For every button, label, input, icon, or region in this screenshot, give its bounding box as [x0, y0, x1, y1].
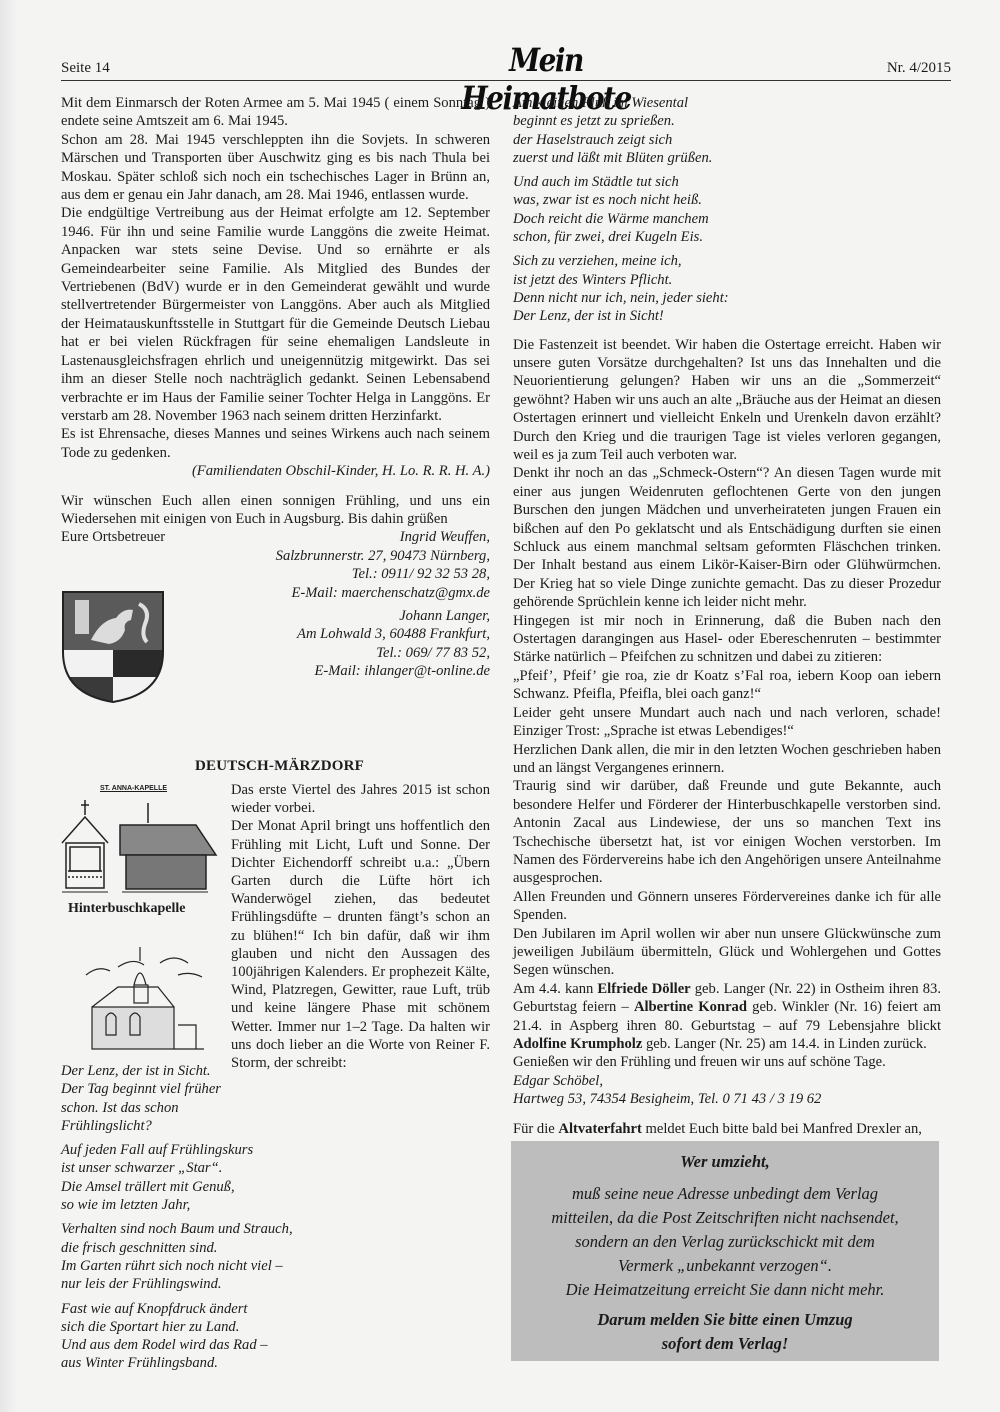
paragraph: „Pfeif’, Pfeif’ gie roa, zie dr Koatz s’… — [513, 667, 941, 704]
poem-stanza: Und auch im Städtle tut sich was, zwar i… — [513, 173, 941, 246]
poem-line: Der Tag beginnt viel früher — [61, 1080, 361, 1098]
poem-spring: Am kleinen Fluß im Wiesental beginnt es … — [513, 94, 941, 326]
poem-line: Der Lenz, der ist in Sicht! — [513, 307, 941, 325]
poem-line: sich die Sportart hier zu Land. — [61, 1318, 361, 1336]
paragraph: Der Monat April bringt uns hoffentlich d… — [231, 817, 490, 1072]
page-edge-shadow — [0, 0, 18, 1412]
paragraph: Hingegen ist mir noch in Erinnerung, daß… — [513, 612, 941, 667]
signature-name: Edgar Schöbel, — [513, 1072, 941, 1090]
notice-footer: Darum melden Sie bitte einen Umzug sofor… — [511, 1308, 939, 1356]
poem-line: Am kleinen Fluß im Wiesental — [513, 94, 941, 112]
paragraph: Denkt ihr noch an das „Schmeck-Ostern“? … — [513, 464, 941, 611]
poem-line: nur leis der Frühlingswind. — [61, 1275, 361, 1293]
greeting: Wir wünschen Euch allen einen sonnigen F… — [61, 492, 490, 529]
paragraph: Herzlichen Dank allen, die mir in den le… — [513, 741, 941, 778]
paragraph: Das erste Viertel des Jahres 2015 ist sc… — [231, 781, 490, 817]
poem-stanza: Fast wie auf Knopfdruck ändert sich die … — [61, 1300, 361, 1373]
notice-line: muß seine neue Adresse unbedingt dem Ver… — [511, 1182, 939, 1206]
poem-stanza: Verhalten sind noch Baum und Strauch, di… — [61, 1220, 361, 1293]
poem-line: Und aus dem Rodel wird das Rad – — [61, 1336, 361, 1354]
poem-line: schon, für zwei, drei Kugeln Eis. — [513, 228, 941, 246]
deutsch-maerzdorf-text: Das erste Viertel des Jahres 2015 ist sc… — [231, 781, 490, 1072]
text: Am 4.4. kann — [513, 981, 597, 997]
header-rule — [61, 80, 951, 81]
poem-line: der Haselstrauch zeigt sich — [513, 131, 941, 149]
paragraph: Mit dem Einmarsch der Roten Armee am 5. … — [61, 94, 490, 131]
poem-stanza: Sich zu verziehen, meine ich, ist jetzt … — [513, 252, 941, 325]
coat-of-arms-icon — [61, 590, 165, 704]
paragraph: Traurig sind wir darüber, daß Freunde un… — [513, 777, 941, 887]
poem-line: die frisch geschnitten sind. — [61, 1239, 361, 1257]
page-header: Seite 14 Mein Heimatbote Nr. 4/2015 — [61, 58, 951, 80]
poem-line: Sich zu verziehen, meine ich, — [513, 252, 941, 270]
notice-line: Darum melden Sie bitte einen Umzug — [511, 1308, 939, 1332]
notice-line: Die Heimatzeitung erreicht Sie dann nich… — [511, 1278, 939, 1302]
chapel-drawing-icon — [58, 795, 228, 895]
altvater-highlight: Altvaterfahrt — [558, 1121, 641, 1137]
contact-address: Salzbrunnerstr. 27, 90473 Nürnberg, — [61, 547, 490, 565]
poem-line: aus Winter Frühlingsband. — [61, 1354, 361, 1372]
birthday-paragraph: Am 4.4. kann Elfriede Döller geb. Langer… — [513, 980, 941, 1054]
poem-stanza: Der Lenz, der ist in Sicht. Der Tag begi… — [61, 1062, 361, 1135]
poem-line: Denn nicht nur ich, nein, jeder sieht: — [513, 289, 941, 307]
poem-line: Der Lenz, der ist in Sicht. — [61, 1062, 361, 1080]
text: geb. Langer (Nr. 25) am 14.4. in Linden … — [642, 1036, 927, 1052]
poem-line: Frühlingslicht? — [61, 1117, 361, 1135]
jubilar-name: Elfriede Döller — [597, 981, 690, 997]
poem-line: was, zwar ist es noch nicht heiß. — [513, 191, 941, 209]
illustration-caption: Hinterbuschkapelle — [68, 901, 185, 917]
poem-stanza: Auf jeden Fall auf Frühlingskurs ist uns… — [61, 1141, 361, 1214]
paragraph: Leider geht unsere Mundart auch nach und… — [513, 704, 941, 741]
illustration-label: ST. ANNA-KAPELLE — [100, 785, 167, 792]
poem-line: Doch reicht die Wärme manchem — [513, 210, 941, 228]
issue-number: Nr. 4/2015 — [887, 60, 951, 77]
notice-line: sondern an den Verlag zurückschickt mit … — [511, 1230, 939, 1254]
jubilar-name: Albertine Konrad — [634, 999, 747, 1015]
page-number: Seite 14 — [61, 60, 110, 77]
notice-line: mitteilen, da die Post Zeitschriften nic… — [511, 1206, 939, 1230]
poem-line: so wie im letzten Jahr, — [61, 1196, 361, 1214]
signature-address: Hartweg 53, 74354 Besigheim, Tel. 0 71 4… — [513, 1090, 941, 1108]
source-note: (Familiendaten Obschil-Kinder, H. Lo. R.… — [61, 462, 490, 480]
poem-line: ist jetzt des Winters Pflicht. — [513, 271, 941, 289]
chapel-illustration: ST. ANNA-KAPELLE Hinterbuschkapelle — [58, 785, 228, 1055]
right-column: Am kleinen Fluß im Wiesental beginnt es … — [513, 94, 941, 1156]
hinterbusch-chapel-sketch-icon — [78, 945, 208, 1055]
moving-notice-box: Wer umzieht, muß seine neue Adresse unbe… — [511, 1141, 939, 1361]
paragraph: Schon am 28. Mai 1945 verschleppten ihn … — [61, 131, 490, 205]
greeting-closing: Eure Ortsbetreuer — [61, 528, 165, 546]
notice-line: Vermerk „unbekannt verzogen“. — [511, 1254, 939, 1278]
notice-line: sofort dem Verlag! — [511, 1332, 939, 1356]
poem-line: schon. Ist das schon — [61, 1099, 361, 1117]
poem-line: Und auch im Städtle tut sich — [513, 173, 941, 191]
paragraph: Es ist Ehrensache, dieses Mannes und sei… — [61, 425, 490, 462]
notice-title: Wer umzieht, — [511, 1150, 939, 1174]
section-title: DEUTSCH-MÄRZDORF — [195, 758, 364, 775]
poem-line: Die Amsel trällert mit Genuß, — [61, 1178, 361, 1196]
poem-stanza: Am kleinen Fluß im Wiesental beginnt es … — [513, 94, 941, 167]
poem-line: zuerst und läßt mit Blüten grüßen. — [513, 149, 941, 167]
poem-line: beginnt es jetzt zu sprießen. — [513, 112, 941, 130]
paragraph: Die endgültige Vertreibung aus der Heima… — [61, 204, 490, 425]
contact-phone: Tel.: 0911/ 92 32 53 28, — [61, 565, 490, 583]
paragraph: Die Fastenzeit ist beendet. Wir haben di… — [513, 336, 941, 465]
notice-body: muß seine neue Adresse unbedingt dem Ver… — [511, 1182, 939, 1302]
jubilar-name: Adolfine Krumpholz — [513, 1036, 642, 1052]
paragraph: Den Jubilaren im April wollen wir aber n… — [513, 925, 941, 980]
poem-storm: Der Lenz, der ist in Sicht. Der Tag begi… — [61, 1062, 361, 1379]
poem-line: ist unser schwarzer „Star“. — [61, 1159, 361, 1177]
text: Für die — [513, 1121, 558, 1137]
poem-line: Verhalten sind noch Baum und Strauch, — [61, 1220, 361, 1238]
poem-line: Im Garten rührt sich noch nicht viel – — [61, 1257, 361, 1275]
paragraph: Allen Freunden und Gönnern unseres Förde… — [513, 888, 941, 925]
poem-line: Fast wie auf Knopfdruck ändert — [61, 1300, 361, 1318]
poem-line: Auf jeden Fall auf Frühlingskurs — [61, 1141, 361, 1159]
closing-line: Genießen wir den Frühling und freuen wir… — [513, 1053, 941, 1071]
